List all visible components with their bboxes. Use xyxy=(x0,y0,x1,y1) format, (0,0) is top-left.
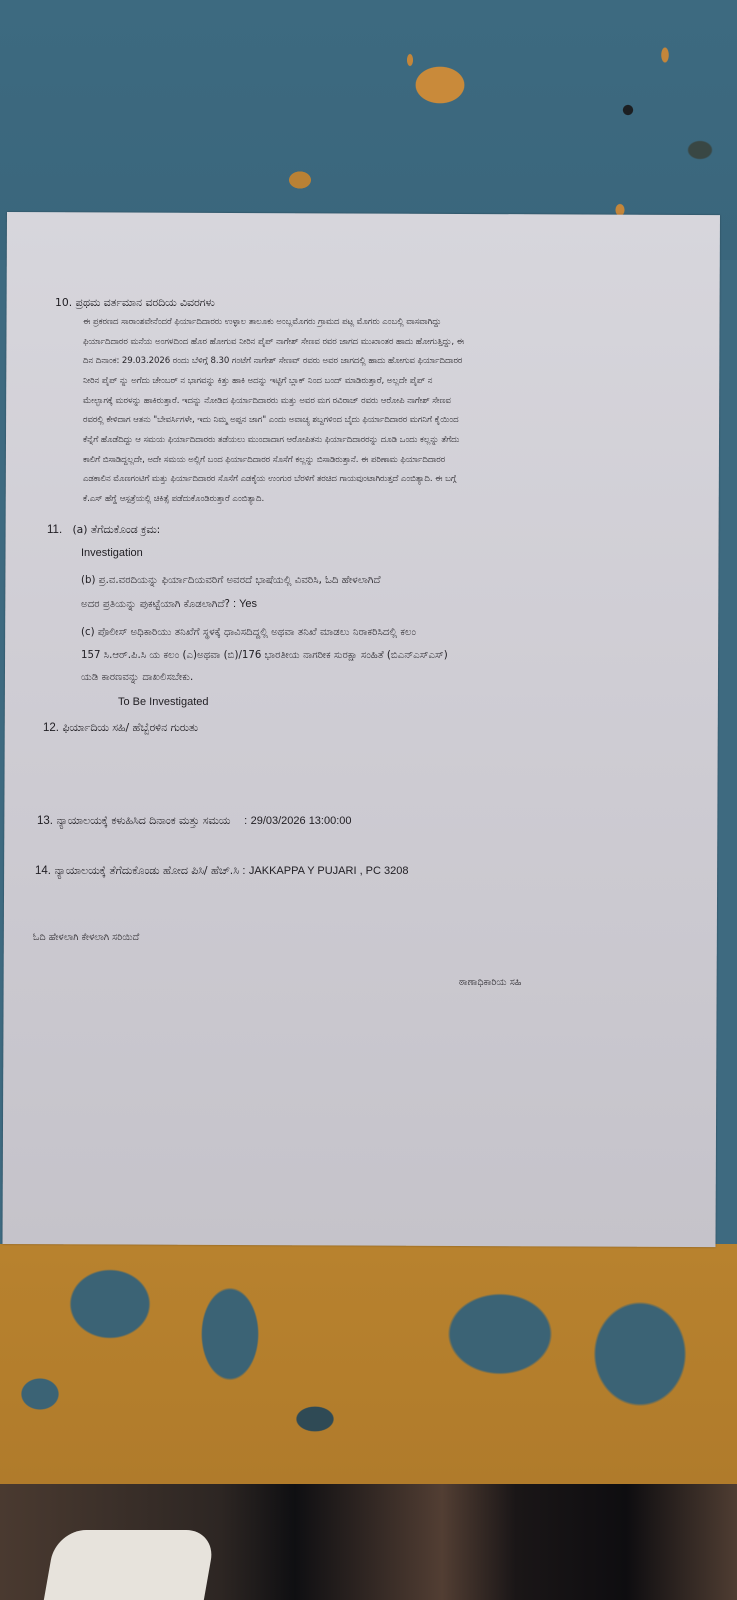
paragraph-line: ಕೆ.ಎಸ್ ಹೆಗ್ಡೆ ಆಸ್ಪತ್ರೆಯಲ್ಲಿ ಚಿಕಿತ್ಸೆ ಪಡೆ… xyxy=(83,495,264,504)
paragraph-line: ಫಿರ್ಯಾದಿದಾರರ ಮನೆಯ ಅಂಗಳದಿಂದ ಹೊರ ಹೋಗುವ ನೀರ… xyxy=(83,338,464,347)
section-14-value: JAKKAPPA Y PUJARI , PC 3208 xyxy=(249,865,409,877)
paragraph-line: ನೀರಿನ ಪೈಪ್ ನ್ನು ಅಗೆದು ಚೇಂಬರ್ ನ ಭಾಗವನ್ನು … xyxy=(83,377,432,386)
paragraph-line: ರವರಲ್ಲಿ ಕೇಳಿದಾಗ ಆತನು "ಬೇವರ್ಸಿಗಳೇ, ಇದು ನಿ… xyxy=(83,416,459,425)
section-14-label: ನ್ಯಾಯಾಲಯಕ್ಕೆ ತೆಗೆದುಕೊಂಡು ಹೋದ ಪಿಸಿ/ ಹೆಚ್.… xyxy=(54,864,239,877)
section-11-b-separator: : xyxy=(230,598,239,610)
section-14-escort: 14. ನ್ಯಾಯಾಲಯಕ್ಕೆ ತೆಗೆದುಕೊಂಡು ಹೋದ ಪಿಸಿ/ ಹ… xyxy=(35,866,409,878)
section-10-number: 10. xyxy=(55,296,72,309)
section-11-b-value: Yes xyxy=(239,598,257,610)
section-12-label: ಫಿರ್ಯಾದಿಯ ಸಹಿ/ ಹೆಬ್ಬೆರಳಿನ ಗುರುತು xyxy=(62,721,198,734)
section-11-c-line3: ಯಡಿ ಕಾರಣವನ್ನು ದಾಖಲಿಸಬೇಕು. xyxy=(81,673,193,683)
section-12-signature-field: 12. ಫಿರ್ಯಾದಿಯ ಸಹಿ/ ಹೆಬ್ಬೆರಳಿನ ಗುರುತು xyxy=(43,723,198,735)
section-14-number: 14. xyxy=(35,865,51,877)
paragraph-line: ಮೇಲ್ಭಾಗಕ್ಕೆ ಮರಳನ್ನು ಹಾಕಿರುತ್ತಾರೆ. ಇದನ್ನು… xyxy=(83,397,451,406)
section-13-number: 13. xyxy=(37,815,53,827)
section-11-number: 11. xyxy=(47,524,62,536)
section-11-b-line1: (b) ಪ್ರ.ವ.ವರದಿಯನ್ನು ಫಿರ್ಯಾದಿಯವರಿಗೆ ಅವರದೆ… xyxy=(81,576,381,586)
section-14-separator: : xyxy=(242,865,245,877)
section-13-value: 29/03/2026 13:00:00 xyxy=(251,815,352,827)
cloth-object xyxy=(44,1530,216,1600)
fir-document: 10. ಪ್ರಥಮ ವರ್ತಮಾನ ವರದಿಯ ವಿವರಗಳು ಈ ಪ್ರಕರಣ… xyxy=(7,212,720,1244)
section-11-c-value: To Be Investigated xyxy=(118,697,209,708)
section-11-a-value: Investigation xyxy=(81,548,143,559)
section-13-separator: : xyxy=(244,815,247,827)
section-12-number: 12. xyxy=(43,722,59,734)
section-13-court-dispatch: 13. ನ್ಯಾಯಾಲಯಕ್ಕೆ ಕಳುಹಿಸಿದ ದಿನಾಂಕ ಮತ್ತು ಸ… xyxy=(37,816,352,828)
desk-surface-bottom xyxy=(0,1244,737,1484)
paragraph-line: ದಿನ ದಿನಾಂಕ: 29.03.2026 ರಂದು ಬೆಳಿಗ್ಗೆ 8.3… xyxy=(83,357,462,366)
section-10-heading: 10. ಪ್ರಥಮ ವರ್ತಮಾನ ವರದಿಯ ವಿವರಗಳು xyxy=(55,298,215,309)
paragraph-line: ಕೆನ್ನೆಗೆ ಹೊಡೆದಿದ್ದು ಆ ಸಮಯ ಫಿರ್ಯಾದಿದಾರರು … xyxy=(83,436,459,445)
section-11-b-line2: ಅದರ ಪ್ರತಿಯನ್ನು ಪುಕಟ್ಟೆಯಾಗಿ ಕೊಡಲಾಗಿದೆ? : … xyxy=(81,599,257,610)
paragraph-line: ಈ ಪ್ರಕರಣದ ಸಾರಾಂಶವೇನೆಂದರೆ ಫಿರ್ಯಾದಿದಾರರು ಉ… xyxy=(83,318,441,327)
paragraph-line: ಕಾಲಿಗೆ ಬಿಸಾಡಿದ್ದಲ್ಲದೇ, ಅದೇ ಸಮಯ ಅಲ್ಲಿಗೆ ಬ… xyxy=(83,456,445,465)
station-officer-signature-label: ಠಾಣಾಧಿಕಾರಿಯ ಸಹಿ xyxy=(459,978,521,988)
section-11-c-line1: (c) ಪೊಲೀಸ್ ಅಧಿಕಾರಿಯು ತನಿಖೆಗೆ ಸ್ಥಳಕ್ಕೆ ಧಾ… xyxy=(81,628,416,638)
section-13-label: ನ್ಯಾಯಾಲಯಕ್ಕೆ ಕಳುಹಿಸಿದ ದಿನಾಂಕ ಮತ್ತು ಸಮಯ xyxy=(56,814,230,827)
section-11-a-label: (a) ತೆಗೆದುಕೊಂಡ ಕ್ರಮ: xyxy=(72,523,160,536)
section-11-c-line2: 157 ಸಿ.ಆರ್.ಪಿ.ಸಿ ಯ ಕಲಂ (ಎ)ಅಥವಾ (ಬಿ)/176 … xyxy=(81,651,448,661)
section-10-title: ಪ್ರಥಮ ವರ್ತಮಾನ ವರದಿಯ ವಿವರಗಳು xyxy=(76,296,215,309)
section-11-a: 11. (a) ತೆಗೆದುಕೊಂಡ ಕ್ರಮ: xyxy=(47,525,160,537)
paragraph-line: ಎಡಕಾಲಿನ ಮೊಣಗಂಟಿಗೆ ಮತ್ತು ಫಿರ್ಯಾದಿದಾರರ ಸೊಸ… xyxy=(83,475,456,484)
section-11-b-question: ಅದರ ಪ್ರತಿಯನ್ನು ಪುಕಟ್ಟೆಯಾಗಿ ಕೊಡಲಾಗಿದೆ? xyxy=(81,599,230,610)
read-out-confirmation: ಓದಿ ಹೇಳಲಾಗಿ ಕೇಳಲಾಗಿ ಸರಿಯಿದೆ xyxy=(33,933,139,943)
